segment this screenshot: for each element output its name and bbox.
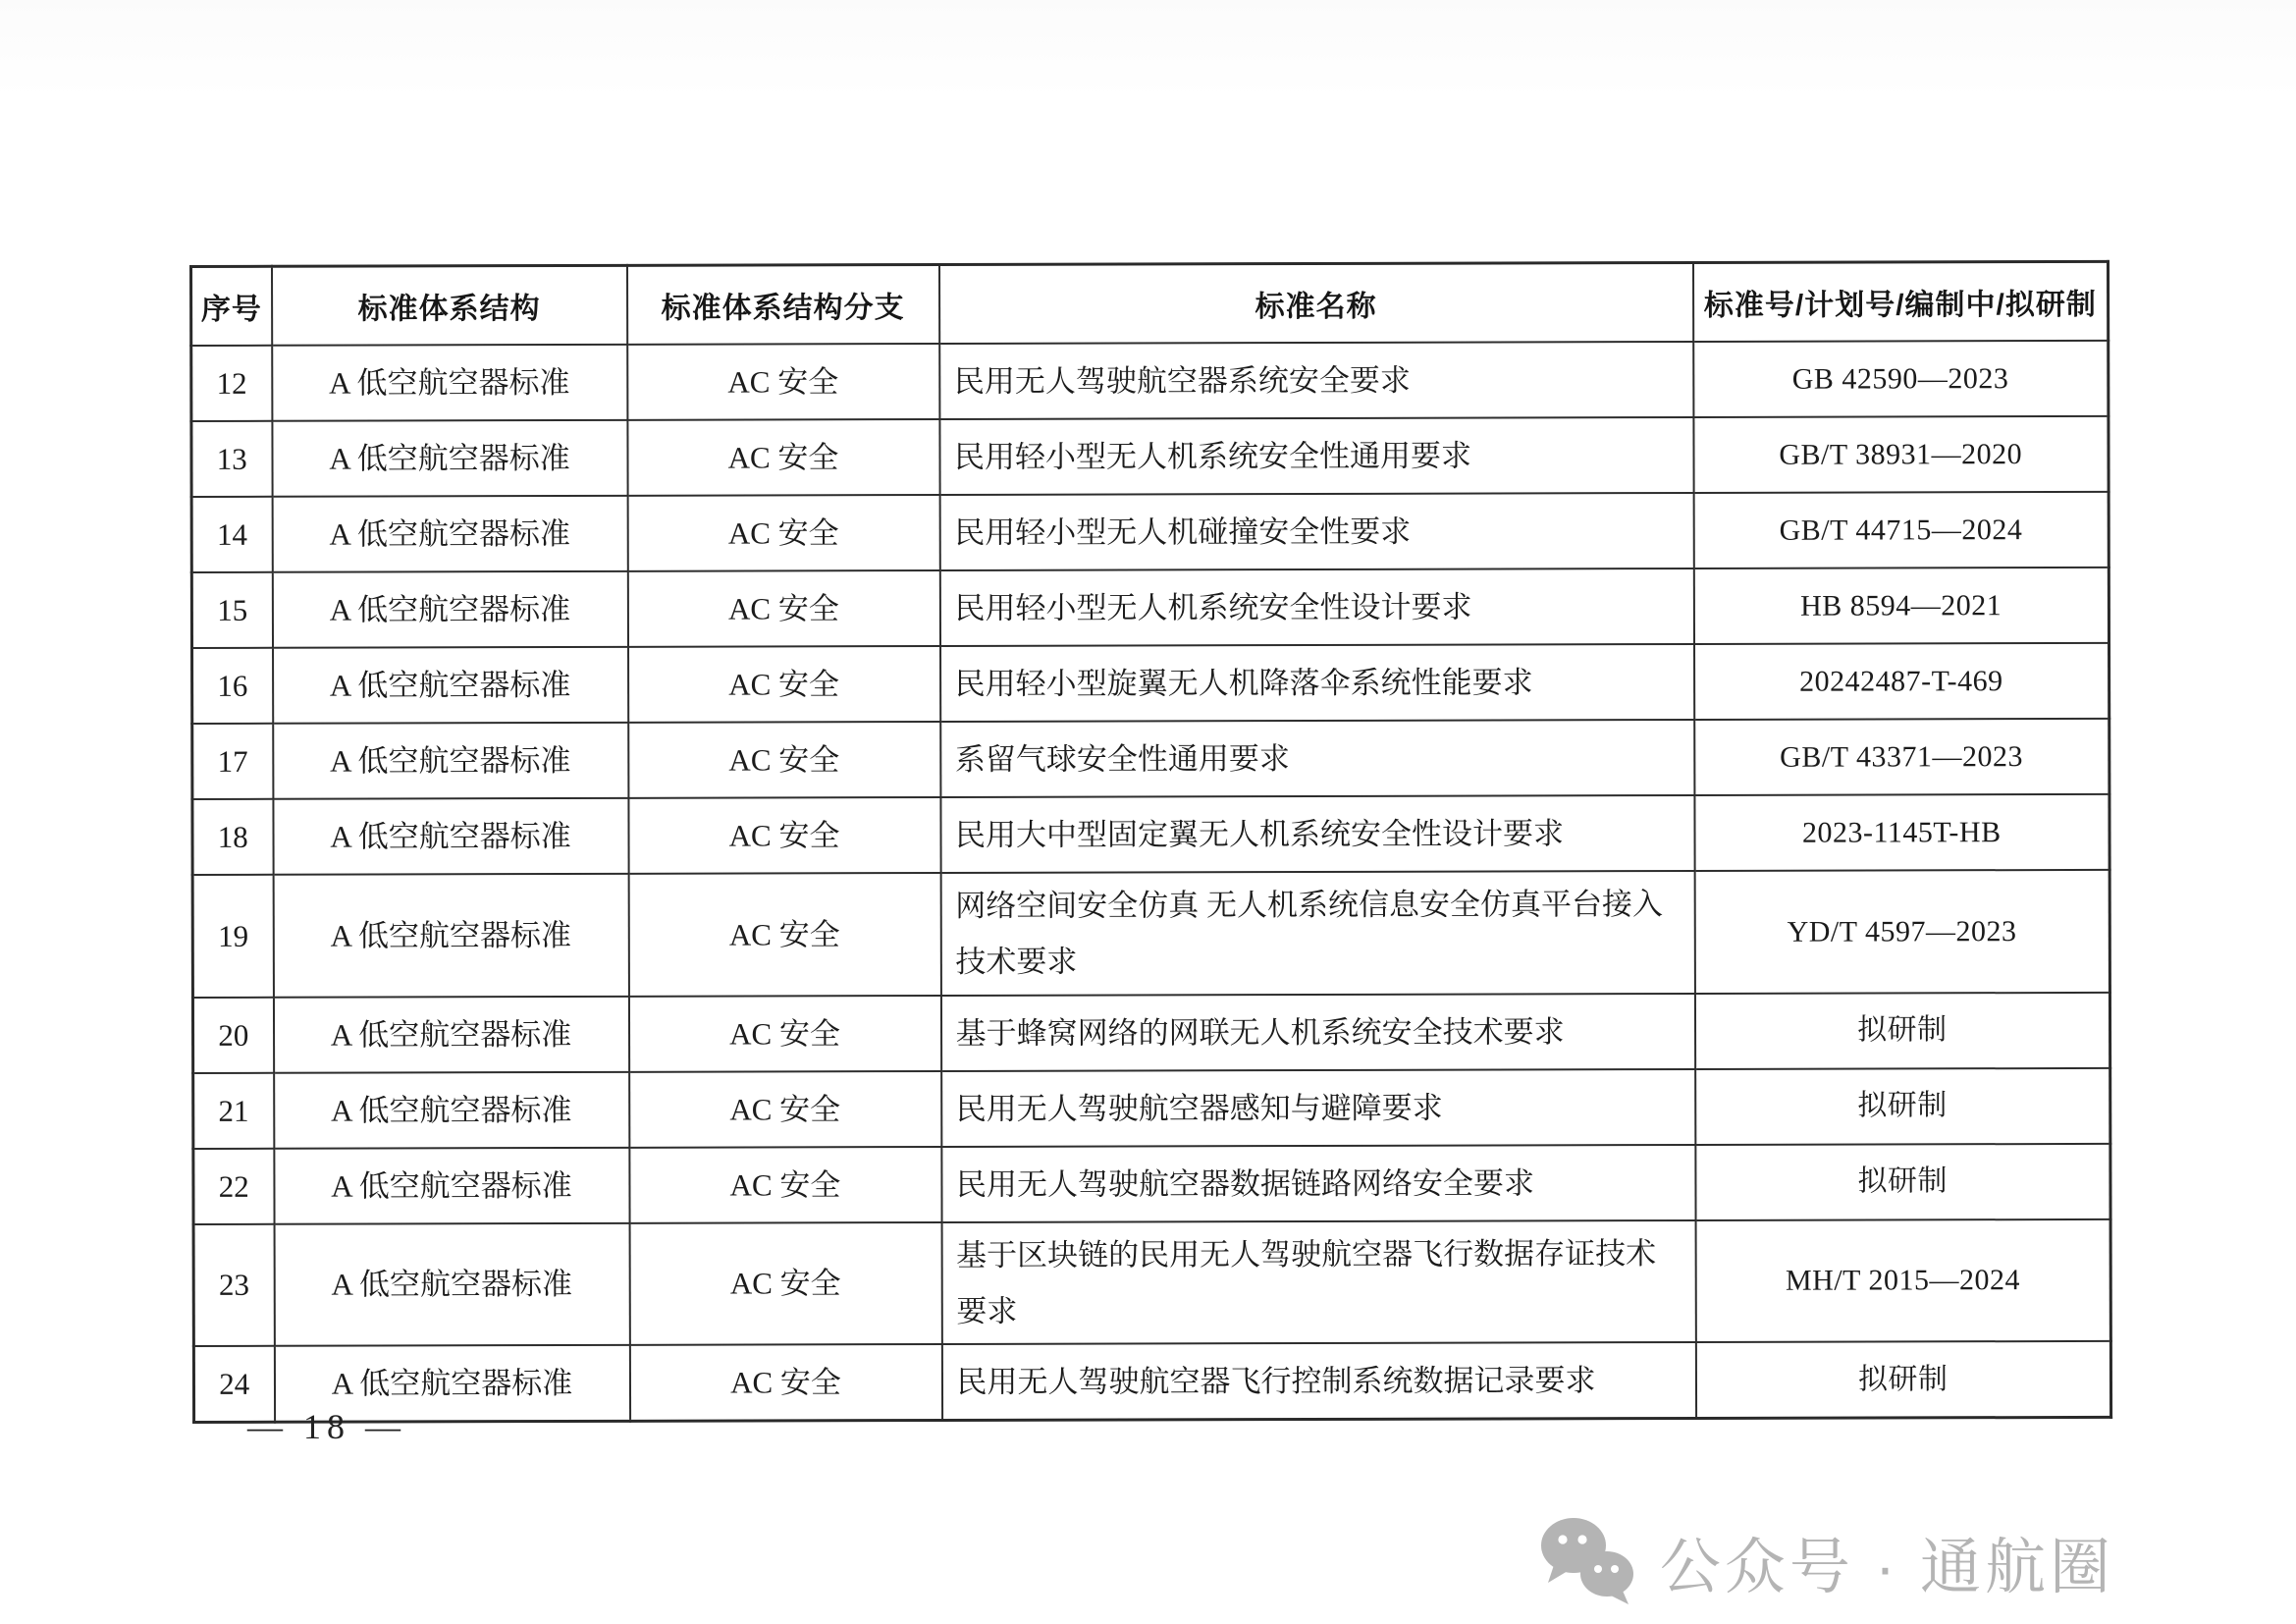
cell-branch: AC 安全 bbox=[628, 797, 940, 874]
cell-system: A 低空航空器标准 bbox=[273, 874, 628, 998]
cell-name: 系留气球安全性通用要求 bbox=[940, 720, 1694, 797]
header-cell-branch: 标准体系结构分支 bbox=[627, 265, 939, 345]
table-row: 21 A 低空航空器标准 AC 安全 民用无人驾驶航空器感知与避障要求 拟研制 bbox=[193, 1068, 2110, 1149]
cell-branch: AC 安全 bbox=[629, 1147, 941, 1223]
table-row: 18 A 低空航空器标准 AC 安全 民用大中型固定翼无人机系统安全性设计要求 … bbox=[192, 794, 2109, 875]
cell-code: 拟研制 bbox=[1695, 1144, 2110, 1220]
cell-no: 18 bbox=[192, 799, 273, 875]
table-row: 15 A 低空航空器标准 AC 安全 民用轻小型无人机系统安全性设计要求 HB … bbox=[191, 568, 2109, 648]
cell-system: A 低空航空器标准 bbox=[274, 1223, 629, 1347]
cell-branch: AC 安全 bbox=[629, 1222, 941, 1346]
table-row: 22 A 低空航空器标准 AC 安全 民用无人驾驶航空器数据链路网络安全要求 拟… bbox=[193, 1144, 2110, 1224]
cell-system: A 低空航空器标准 bbox=[272, 571, 627, 648]
cell-system: A 低空航空器标准 bbox=[274, 1072, 629, 1149]
cell-code: YD/T 4597—2023 bbox=[1694, 870, 2109, 994]
watermark: 公众号 · 通航圈 bbox=[1536, 1512, 2114, 1610]
cell-branch: AC 安全 bbox=[627, 419, 939, 496]
cell-branch: AC 安全 bbox=[628, 646, 940, 723]
standards-table: 序号 标准体系结构 标准体系结构分支 标准名称 标准号/计划号/编制中/拟研制 … bbox=[189, 260, 2112, 1424]
table-row: 14 A 低空航空器标准 AC 安全 民用轻小型无人机碰撞安全性要求 GB/T … bbox=[191, 492, 2109, 572]
header-cell-system: 标准体系结构 bbox=[272, 265, 627, 345]
cell-system: A 低空航空器标准 bbox=[273, 723, 628, 799]
watermark-text: 公众号 · 通航圈 bbox=[1660, 1518, 2114, 1605]
cell-branch: AC 安全 bbox=[628, 722, 940, 798]
cell-name: 民用无人驾驶航空器飞行控制系统数据记录要求 bbox=[941, 1342, 1695, 1421]
cell-branch: AC 安全 bbox=[628, 996, 940, 1072]
cell-system: A 低空航空器标准 bbox=[273, 647, 628, 724]
cell-name: 民用无人驾驶航空器感知与避障要求 bbox=[941, 1069, 1695, 1147]
cell-no: 12 bbox=[191, 346, 272, 421]
cell-branch: AC 安全 bbox=[629, 1071, 941, 1148]
cell-name: 基于蜂窝网络的网联无人机系统安全技术要求 bbox=[940, 994, 1694, 1071]
cell-no: 15 bbox=[191, 572, 272, 648]
cell-branch: AC 安全 bbox=[627, 570, 939, 647]
cell-no: 13 bbox=[191, 421, 272, 497]
cell-name: 民用无人驾驶航空器数据链路网络安全要求 bbox=[941, 1145, 1695, 1222]
cell-no: 17 bbox=[192, 724, 273, 799]
table-row: 24 A 低空航空器标准 AC 安全 民用无人驾驶航空器飞行控制系统数据记录要求… bbox=[193, 1341, 2110, 1423]
table-row: 23 A 低空航空器标准 AC 安全 基于区块链的民用无人驾驶航空器飞行数据存证… bbox=[193, 1219, 2110, 1347]
cell-name: 基于区块链的民用无人驾驶航空器飞行数据存证技术要求 bbox=[941, 1220, 1695, 1345]
table-header-row: 序号 标准体系结构 标准体系结构分支 标准名称 标准号/计划号/编制中/拟研制 bbox=[191, 261, 2109, 346]
cell-code: GB/T 43371—2023 bbox=[1694, 719, 2109, 795]
cell-system: A 低空航空器标准 bbox=[273, 997, 628, 1073]
table-row: 19 A 低空航空器标准 AC 安全 网络空间安全仿真 无人机系统信息安全仿真平… bbox=[192, 870, 2109, 998]
table-row: 13 A 低空航空器标准 AC 安全 民用轻小型无人机系统安全性通用要求 GB/… bbox=[191, 416, 2109, 497]
cell-no: 23 bbox=[193, 1223, 274, 1346]
table-row: 17 A 低空航空器标准 AC 安全 系留气球安全性通用要求 GB/T 4337… bbox=[192, 719, 2109, 799]
cell-branch: AC 安全 bbox=[628, 873, 940, 997]
cell-name: 民用轻小型旋翼无人机降落伞系统性能要求 bbox=[940, 644, 1694, 722]
page-number: — 18 — bbox=[247, 1406, 406, 1447]
cell-code: MH/T 2015—2024 bbox=[1695, 1219, 2110, 1343]
cell-system: A 低空航空器标准 bbox=[272, 420, 627, 497]
cell-no: 16 bbox=[192, 648, 273, 724]
cell-name: 民用无人驾驶航空器系统安全要求 bbox=[939, 342, 1693, 419]
cell-name: 网络空间安全仿真 无人机系统信息安全仿真平台接入技术要求 bbox=[940, 871, 1694, 996]
cell-name: 民用轻小型无人机碰撞安全性要求 bbox=[939, 493, 1693, 570]
table-row: 20 A 低空航空器标准 AC 安全 基于蜂窝网络的网联无人机系统安全技术要求 … bbox=[192, 993, 2109, 1073]
wechat-icon bbox=[1536, 1512, 1638, 1610]
header-cell-name: 标准名称 bbox=[939, 262, 1693, 344]
cell-code: GB 42590—2023 bbox=[1693, 341, 2109, 417]
cell-system: A 低空航空器标准 bbox=[272, 496, 627, 572]
cell-no: 21 bbox=[193, 1072, 274, 1148]
cell-code: HB 8594—2021 bbox=[1693, 568, 2109, 644]
cell-code: 20242487-T-469 bbox=[1694, 643, 2109, 720]
cell-no: 20 bbox=[192, 997, 273, 1072]
header-cell-code: 标准号/计划号/编制中/拟研制 bbox=[1692, 261, 2108, 342]
cell-no: 19 bbox=[192, 875, 273, 998]
cell-name: 民用轻小型无人机系统安全性通用要求 bbox=[939, 417, 1693, 495]
table-row: 16 A 低空航空器标准 AC 安全 民用轻小型旋翼无人机降落伞系统性能要求 2… bbox=[192, 643, 2109, 724]
header-cell-no: 序号 bbox=[191, 266, 272, 346]
cell-no: 14 bbox=[191, 497, 272, 572]
cell-branch: AC 安全 bbox=[629, 1344, 941, 1421]
cell-no: 22 bbox=[193, 1148, 274, 1223]
cell-code: 拟研制 bbox=[1694, 993, 2109, 1069]
cell-code: 拟研制 bbox=[1695, 1068, 2110, 1145]
cell-code: 拟研制 bbox=[1695, 1341, 2110, 1419]
cell-system: A 低空航空器标准 bbox=[273, 798, 628, 875]
cell-branch: AC 安全 bbox=[627, 344, 939, 420]
cell-branch: AC 安全 bbox=[627, 495, 939, 571]
cell-code: GB/T 38931—2020 bbox=[1693, 416, 2109, 493]
cell-code: GB/T 44715—2024 bbox=[1693, 492, 2109, 568]
cell-system: A 低空航空器标准 bbox=[274, 1148, 629, 1224]
cell-system: A 低空航空器标准 bbox=[272, 345, 627, 421]
cell-code: 2023-1145T-HB bbox=[1694, 794, 2109, 871]
table-row: 12 A 低空航空器标准 AC 安全 民用无人驾驶航空器系统安全要求 GB 42… bbox=[191, 341, 2109, 421]
cell-name: 民用轻小型无人机系统安全性设计要求 bbox=[939, 568, 1693, 646]
cell-name: 民用大中型固定翼无人机系统安全性设计要求 bbox=[940, 795, 1694, 873]
